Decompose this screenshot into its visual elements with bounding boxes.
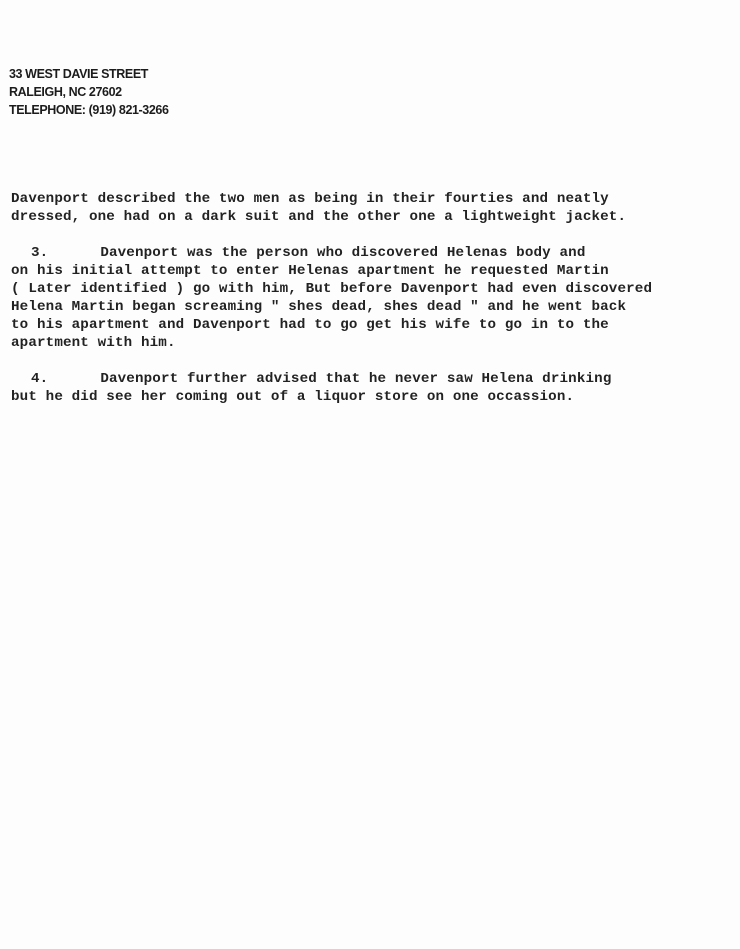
paragraph-4: 4. Davenport further advised that he nev… [11,370,740,406]
text-line: on his initial attempt to enter Helenas … [11,262,740,280]
address-line-1: 33 WEST DAVIE STREET [9,65,169,83]
text-line: Davenport described the two men as being… [11,190,740,208]
text-line: but he did see her coming out of a liquo… [11,388,740,406]
text-line: to his apartment and Davenport had to go… [11,316,740,334]
text-line: Davenport was the person who discovered … [100,245,585,261]
paragraph-number: 3. [31,245,48,261]
paragraph-number: 4. [31,371,48,387]
telephone-line: TELEPHONE: (919) 821-3266 [9,101,169,119]
text-line: Helena Martin began screaming " shes dea… [11,298,740,316]
text-line: apartment with him. [11,334,740,352]
address-line-2: RALEIGH, NC 27602 [9,83,169,101]
letterhead: 33 WEST DAVIE STREET RALEIGH, NC 27602 T… [9,65,169,119]
text-line: dressed, one had on a dark suit and the … [11,208,740,226]
text-line: Davenport further advised that he never … [100,371,611,387]
paragraph-3: 3. Davenport was the person who discover… [11,244,740,352]
text-line: ( Later identified ) go with him, But be… [11,280,740,298]
text-line-numbered: 3. Davenport was the person who discover… [11,244,740,262]
paragraph-intro: Davenport described the two men as being… [11,190,740,226]
text-line-numbered: 4. Davenport further advised that he nev… [11,370,740,388]
document-body: Davenport described the two men as being… [11,190,740,424]
